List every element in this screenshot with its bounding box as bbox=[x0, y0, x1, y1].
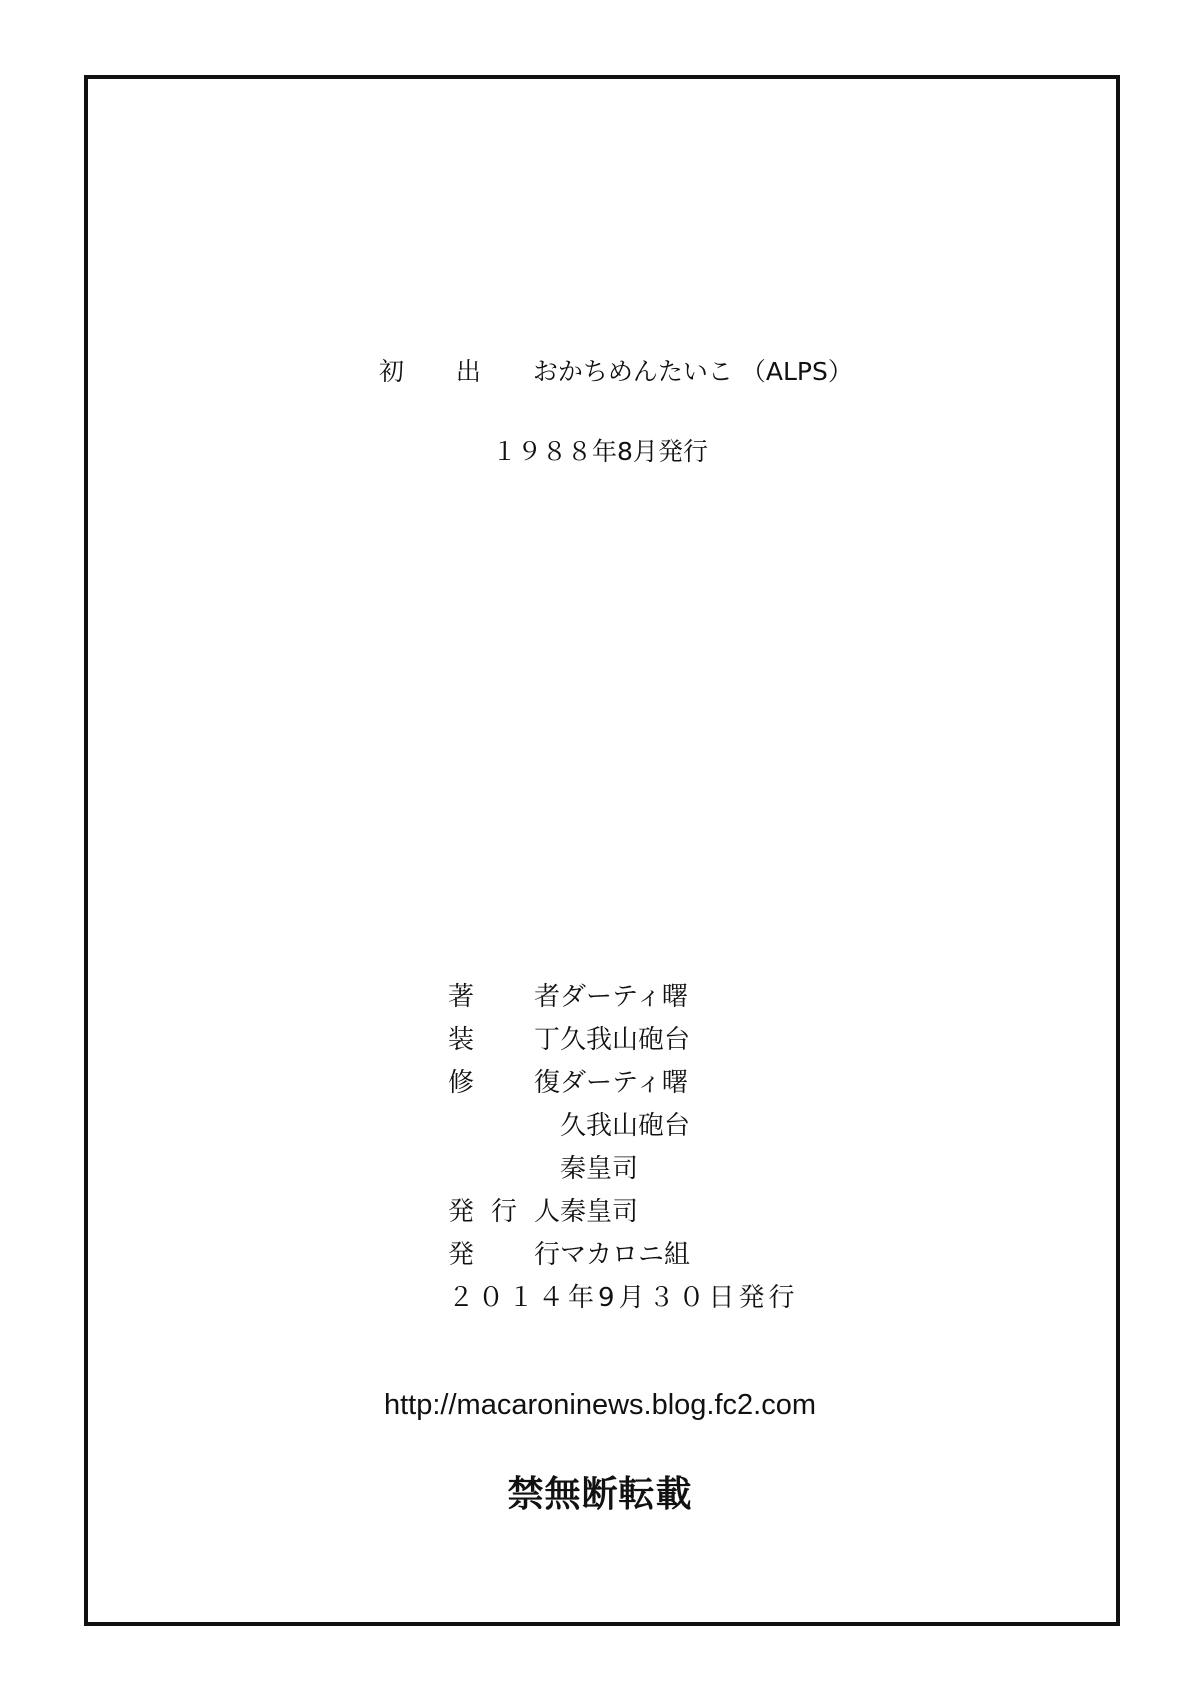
first-publication-title: おかちめんたいこ （ALPS） bbox=[533, 357, 853, 386]
credit-label: 修 復 bbox=[448, 1062, 560, 1105]
credit-value: マカロニ組 bbox=[560, 1234, 690, 1277]
credit-row-binding: 装 丁 久我山砲台 bbox=[448, 1019, 799, 1062]
credit-row-restoration: 修 復 ダーティ曙 bbox=[448, 1062, 799, 1105]
credit-value: 久我山砲台 bbox=[560, 1105, 690, 1148]
credit-label: 著 者 bbox=[448, 976, 560, 1019]
credit-value: ダーティ曙 bbox=[560, 1062, 688, 1105]
credit-value: ダーティ曙 bbox=[560, 976, 688, 1019]
first-publication-label: 初 出 bbox=[379, 352, 503, 392]
credit-label: 装 丁 bbox=[448, 1019, 560, 1062]
first-publication-date: １９８８年8月発行 bbox=[0, 432, 1200, 472]
credit-value: 秦皇司 bbox=[560, 1191, 638, 1234]
credit-row-author: 著 者 ダーティ曙 bbox=[448, 976, 799, 1019]
first-publication-block: 初 出おかちめんたいこ （ALPS） １９８８年8月発行 bbox=[0, 312, 1200, 472]
website-url: http://macaroninews.blog.fc2.com bbox=[0, 1385, 1200, 1425]
credit-label: 発 行 bbox=[448, 1234, 560, 1277]
first-publication-line: 初 出おかちめんたいこ （ALPS） bbox=[0, 312, 1200, 432]
credit-label: 発行人 bbox=[448, 1191, 560, 1234]
credit-row-publisher: 発 行 マカロニ組 bbox=[448, 1234, 799, 1277]
publication-date: ２０１４年9月３０日発行 bbox=[448, 1277, 799, 1320]
credit-row-publisher-person: 発行人 秦皇司 bbox=[448, 1191, 799, 1234]
credit-row-restoration-2: 久我山砲台 bbox=[448, 1105, 799, 1148]
credit-row-restoration-3: 秦皇司 bbox=[448, 1148, 799, 1191]
credit-value: 秦皇司 bbox=[560, 1148, 638, 1191]
no-reproduction-notice: 禁無断転載 bbox=[0, 1470, 1200, 1520]
credits-block: 著 者 ダーティ曙 装 丁 久我山砲台 修 復 ダーティ曙 久我山砲台 秦皇司 … bbox=[448, 976, 799, 1320]
credit-value: 久我山砲台 bbox=[560, 1019, 690, 1062]
